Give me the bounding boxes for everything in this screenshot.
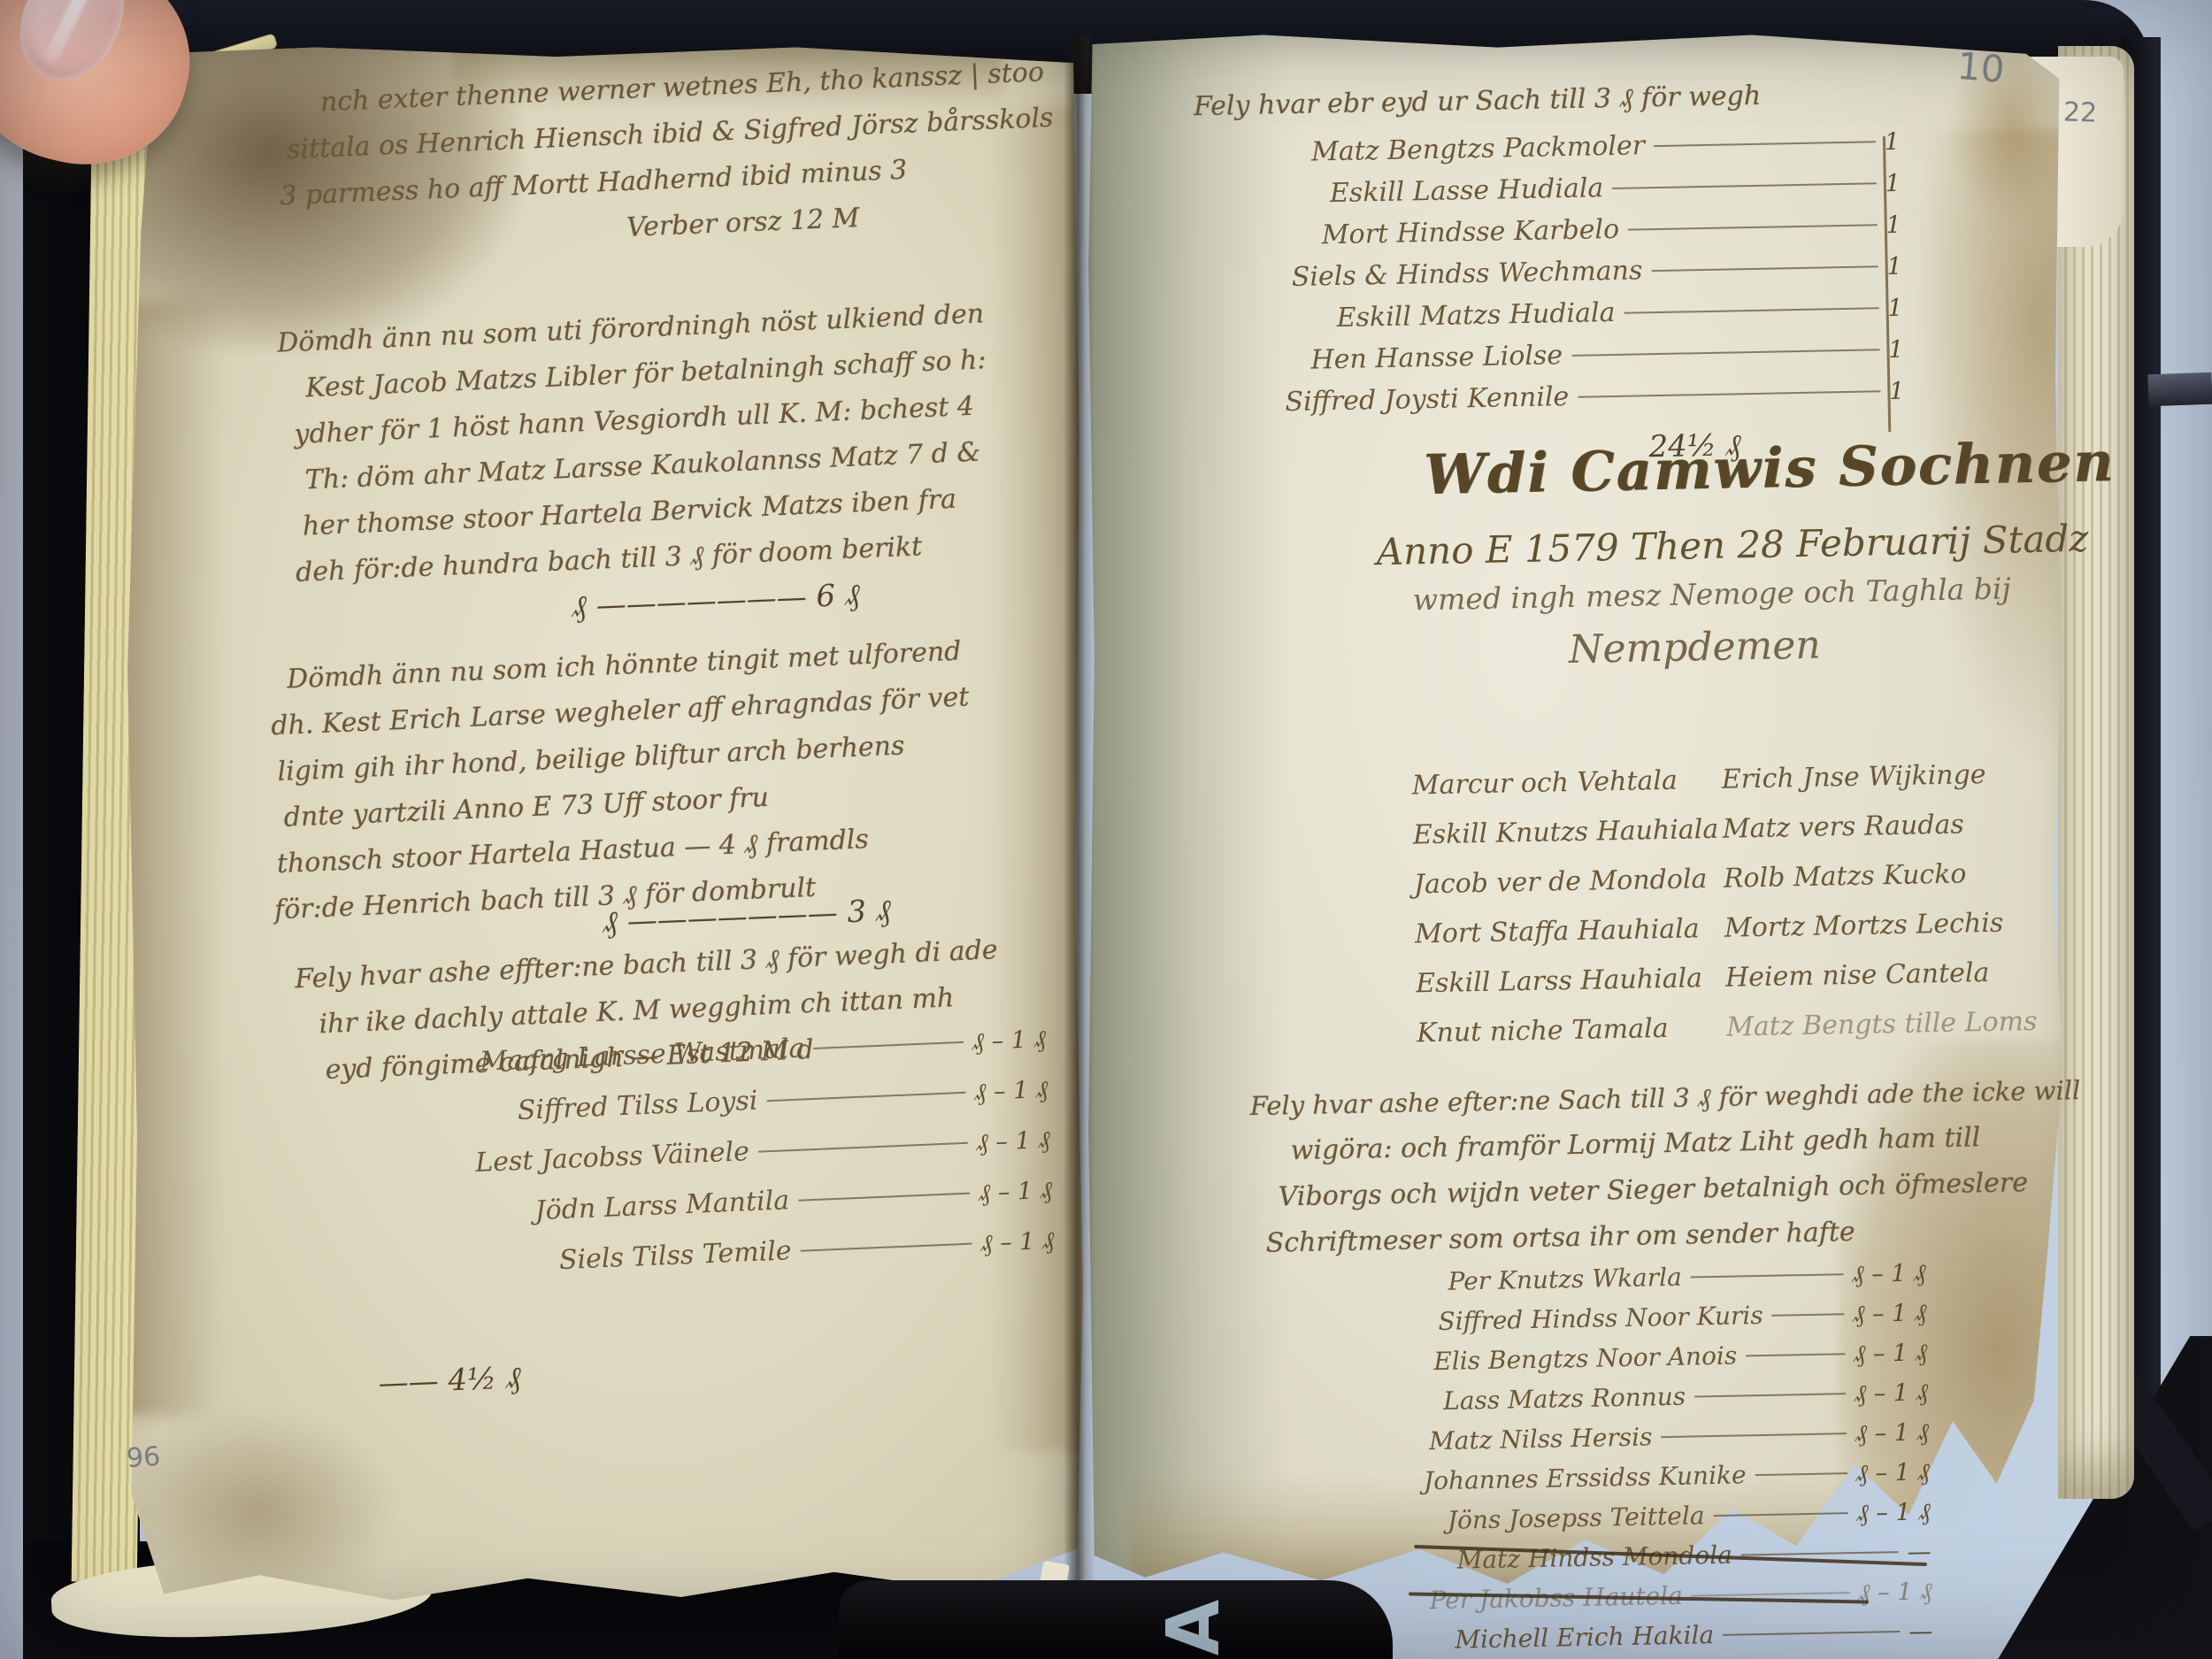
fine-name: Siels & Hindss Wechmans xyxy=(1291,255,1642,293)
page-number-left: 96 xyxy=(126,1441,162,1475)
leader-line xyxy=(801,1243,972,1252)
fee-name: Michell Erich Hakila xyxy=(1455,1620,1714,1655)
fee-name: Per Knutzs Wkarla xyxy=(1448,1263,1682,1296)
fee-amount: ₰ – 1 ₰ xyxy=(973,1076,1048,1106)
bracket-line xyxy=(1851,136,1891,433)
fee-name: Elis Bengtzs Noor Anois xyxy=(1433,1341,1738,1377)
fee-amount: — xyxy=(1909,1617,1933,1646)
leader-line xyxy=(1772,1313,1844,1317)
fine-value: 1 xyxy=(1887,295,1903,322)
fee-amount: ₰ – 1 ₰ xyxy=(1856,1498,1931,1527)
fee-list: Maarg Larsse Wastmala ₰ – 1 ₰ Siffred Ti… xyxy=(466,1023,1056,1299)
leader-line xyxy=(1571,349,1879,357)
leader-line xyxy=(798,1193,970,1202)
fee-amount: ₰ – 1 ₰ xyxy=(1855,1458,1930,1487)
fine-value: 1 xyxy=(1884,128,1900,156)
clamp-rod xyxy=(2147,373,2212,406)
book-weight xyxy=(839,1580,1393,1659)
fee-amount: ₰ – 1 ₰ xyxy=(1854,1339,1928,1368)
section-heading: Wdi Camwis Sochnen xyxy=(1423,429,2115,507)
fee-name: Johannes Erssidss Kunike xyxy=(1424,1460,1747,1495)
juror-name: Knut niche Tamala xyxy=(1417,1003,1709,1058)
juror-name: Matz vers Raudas xyxy=(1722,799,2024,855)
paragraph: Dömdh änn nu som ich hönnte tingit met u… xyxy=(250,628,978,934)
fine-name: Eskill Lasse Hudiala xyxy=(1330,173,1604,209)
page-number-edge: 22 xyxy=(2062,96,2097,128)
jurors-column-left: Marcur och Vehtala Eskill Knutzs Hauhial… xyxy=(1411,756,1709,1058)
paragraph: nch exter thenne werner wetnes Eh, tho k… xyxy=(266,50,1058,266)
fee-amount: ₰ – 1 ₰ xyxy=(978,1177,1053,1207)
juror-name: Heiem nise Cantela xyxy=(1725,948,2027,1003)
fee-amount: ₰ – 1 ₰ xyxy=(976,1126,1051,1156)
juror-name: Eskill Knutzs Hauhiala xyxy=(1412,805,1705,860)
right-page-text: Fely hvar ebr eyd ur Sach till 3 ₰ för w… xyxy=(1150,41,2118,1651)
leader-line xyxy=(1694,1393,1846,1397)
juror-name: Mortz Mortzs Lechis xyxy=(1724,898,2025,954)
fee-amount: ₰ – 1 ₰ xyxy=(1853,1299,1927,1328)
leader-line xyxy=(766,1092,965,1102)
fee-name: Siffred Hindss Noor Kuris xyxy=(1438,1301,1763,1336)
juror-name: Eskill Larss Hauhiala xyxy=(1416,954,1709,1009)
sum-line: ₰ ——————— 6 ₰ xyxy=(571,577,860,625)
juror-name: Rolb Matzs Kucko xyxy=(1723,849,2024,904)
leader-line xyxy=(1692,1592,1849,1596)
fine-name: Siffred Joysti Kennile xyxy=(1285,381,1569,418)
intro-line: Fely hvar ebr eyd ur Sach till 3 ₰ för w… xyxy=(1194,73,1762,130)
manuscript-photo: nch exter thenne werner wetnes Eh, tho k… xyxy=(0,0,2212,1659)
leader-line xyxy=(1578,390,1880,398)
fee-amount: ₰ – 1 ₰ xyxy=(1855,1418,1929,1448)
leader-line xyxy=(1741,1551,1899,1555)
book-weight-label: A xyxy=(1152,1600,1236,1655)
leader-line xyxy=(1746,1353,1845,1356)
paragraph: Fely hvar ashe efter:ne Sach till 3 ₰ fö… xyxy=(1249,1067,2083,1267)
jurors-column-right: Erich Jnse Wijkinge Matz vers Raudas Rol… xyxy=(1721,749,2027,1052)
fine-list: Matz Bengtzs Packmoler 1 Eskill Lasse Hu… xyxy=(1280,126,1905,428)
juror-name: Erich Jnse Wijkinge xyxy=(1721,749,2023,805)
leader-line xyxy=(1612,182,1876,189)
jurors-label: Nempdemen xyxy=(1568,623,1821,672)
date-line-2: wmed ingh mesz Nemoge och Taghla bij xyxy=(1412,571,2011,617)
fine-name: Hen Hansse Liolse xyxy=(1310,340,1563,375)
left-page-text: nch exter thenne werner wetnes Eh, tho k… xyxy=(221,27,1152,1602)
fee-amount: ₰ – 1 ₰ xyxy=(1854,1379,1928,1408)
leader-line xyxy=(1628,224,1877,230)
fee-amount: ₰ – 1 ₰ xyxy=(980,1227,1056,1257)
fine-name: Matz Bengtzs Packmoler xyxy=(1311,130,1646,167)
fine-value: 1 xyxy=(1885,170,1901,197)
juror-name: Jacob ver de Mondola xyxy=(1413,855,1706,910)
fee-amount: ₰ – 1 ₰ xyxy=(1858,1578,1932,1607)
fine-value: 1 xyxy=(1886,253,1902,280)
fine-value: 1 xyxy=(1886,211,1901,239)
fee-amount: ₰ – 1 ₰ xyxy=(1852,1259,1926,1288)
leader-line xyxy=(758,1142,968,1153)
juror-name: Marcur och Vehtala xyxy=(1411,756,1704,810)
fee-name: Jöns Josepss Teittela xyxy=(1447,1501,1704,1535)
leader-line xyxy=(1713,1512,1847,1517)
fee-total: —— 4½ ₰ xyxy=(378,1360,522,1402)
fee-amount: ₰ – 1 ₰ xyxy=(972,1025,1047,1056)
fee-name: Lass Matzs Ronnus xyxy=(1443,1382,1686,1416)
fine-value: 1 xyxy=(1888,336,1904,364)
date-line: Anno E 1579 Then 28 Februarij Stadz xyxy=(1376,517,2089,573)
leader-line xyxy=(1691,1273,1843,1278)
juror-name: Mort Staffa Hauhiala xyxy=(1415,904,1708,959)
fine-name: Eskill Matzs Hudiala xyxy=(1336,297,1615,334)
leader-line xyxy=(1651,265,1878,272)
fee-name: Lest Jacobss Väinele xyxy=(475,1136,750,1179)
juror-name: Matz Bengts tille Loms xyxy=(1726,997,2028,1053)
page-number-right: 10 xyxy=(1955,44,2007,91)
fee-name: Matz Nilss Hersis xyxy=(1429,1422,1653,1455)
paragraph: Dömdh änn nu som uti förordningh nöst ul… xyxy=(250,291,995,597)
leader-line xyxy=(1755,1472,1847,1476)
leader-line xyxy=(1624,307,1878,314)
leader-line xyxy=(1723,1631,1900,1636)
leader-line xyxy=(1661,1432,1846,1438)
jurors-table: Marcur och Vehtala Eskill Knutzs Hauhial… xyxy=(1411,749,2027,1058)
leader-line xyxy=(1654,141,1876,147)
fine-value: 1 xyxy=(1889,378,1905,405)
fine-name: Mort Hindsse Karbelo xyxy=(1322,214,1620,250)
leader-line xyxy=(813,1041,963,1049)
